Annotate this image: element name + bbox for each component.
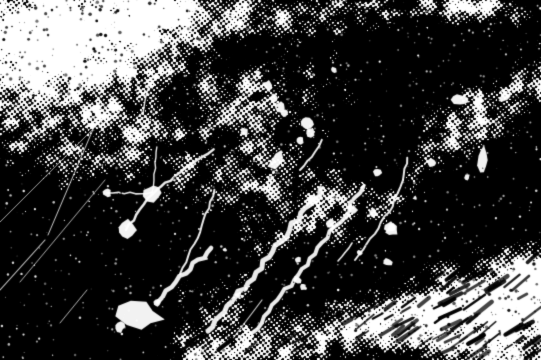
grunge-texture-image xyxy=(0,0,541,360)
grunge-texture-canvas xyxy=(0,0,541,360)
